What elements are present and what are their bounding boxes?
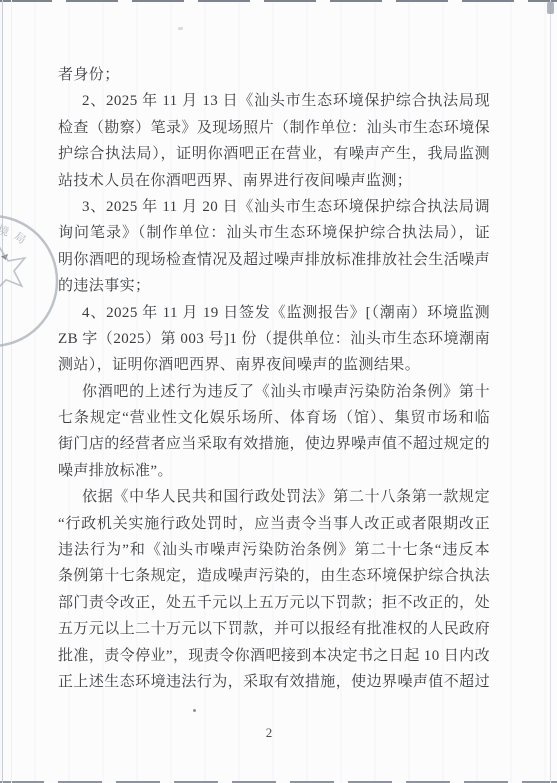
text-line: “行政机关实施行政处罚时，应当责令当事人改正或者限期改正 <box>58 511 490 537</box>
text-line: 依据《中华人民共和国行政处罚法》第二十八条第一款规定 <box>58 484 490 510</box>
scan-corner-mark <box>547 2 554 14</box>
text-line: 4、2025 年 11 月 19 日签发《监测报告》[（潮南）环境监测 <box>58 300 490 326</box>
text-line: 七条规定“营业性文化娱乐场所、体育场（馆）、集贸市场和临 <box>58 405 490 431</box>
scan-edge-top <box>0 0 557 2</box>
seal-star-icon <box>0 247 25 292</box>
text-line: 检查（勘察）笔录》及现场照片（制作单位：汕头市生态环境保 <box>58 115 490 141</box>
text-line: 正上述生态环境违法行为，采取有效措施，使边界噪声值不超过 <box>58 669 490 695</box>
text-line: 3、2025 年 11 月 20 日《汕头市生态环境保护综合执法局调查 <box>58 194 490 220</box>
scan-edge-right <box>550 0 551 783</box>
scan-edge-left-faint <box>11 0 12 783</box>
scan-edge-left <box>2 0 3 783</box>
text-line: 你酒吧的上述行为违反了《汕头市噪声污染防治条例》第十 <box>58 379 490 405</box>
text-line: 者身份； <box>58 62 490 88</box>
text-line: 的违法事实； <box>58 273 490 299</box>
seal-arc-text: 汕头市生态环境局 <box>0 222 33 306</box>
text-line: 站技术人员在你酒吧西界、南界进行夜间噪声监测； <box>58 168 490 194</box>
document-page: 汕头市生态环境局 者身份； 2、2025 年 11 月 13 日《汕头市生态环境… <box>0 0 557 783</box>
text-line: 2、2025 年 11 月 13 日《汕头市生态环境保护综合执法局现场 <box>58 88 490 114</box>
page-number: 2 <box>261 725 277 741</box>
text-line: 条例第十七条规定，造成噪声污染的，由生态环境保护综合执法 <box>58 563 490 589</box>
text-line: 询问笔录》（制作单位：汕头市生态环境保护综合执法局），证 <box>58 220 490 246</box>
text-line: 测站），证明你酒吧西界、南界夜间噪声的监测结果。 <box>58 352 490 378</box>
text-line: 明你酒吧的现场检查情况及超过噪声排放标准排放社会生活噪声 <box>58 247 490 273</box>
seal-circle <box>0 216 57 346</box>
scan-speck <box>178 27 183 30</box>
text-line: 五万元以上二十万元以下罚款，并可以报经有批准权的人民政府 <box>58 616 490 642</box>
document-text-block: 者身份； 2、2025 年 11 月 13 日《汕头市生态环境保护综合执法局现场… <box>58 62 490 695</box>
text-line: 护综合执法局），证明你酒吧正在营业，有噪声产生，我局监测 <box>58 141 490 167</box>
text-line: 批准，责令停业”，现责令你酒吧接到本决定书之日起 10 日内改 <box>58 643 490 669</box>
text-line: 噪声排放标准”。 <box>58 458 490 484</box>
text-line: 违法行为”和《汕头市噪声污染防治条例》第二十七条“违反本 <box>58 537 490 563</box>
text-line: 街门店的经营者应当采取有效措施，使边界噪声值不超过规定的 <box>58 431 490 457</box>
svg-text:汕头市生态环境局: 汕头市生态环境局 <box>0 222 33 306</box>
text-line: 部门责令改正，处五千元以上五万元以下罚款；拒不改正的，处 <box>58 590 490 616</box>
text-line: ZB 字（2025）第 003 号]1 份（提供单位：汕头市生态环境潮南监 <box>58 326 490 352</box>
scan-speck <box>193 709 196 712</box>
